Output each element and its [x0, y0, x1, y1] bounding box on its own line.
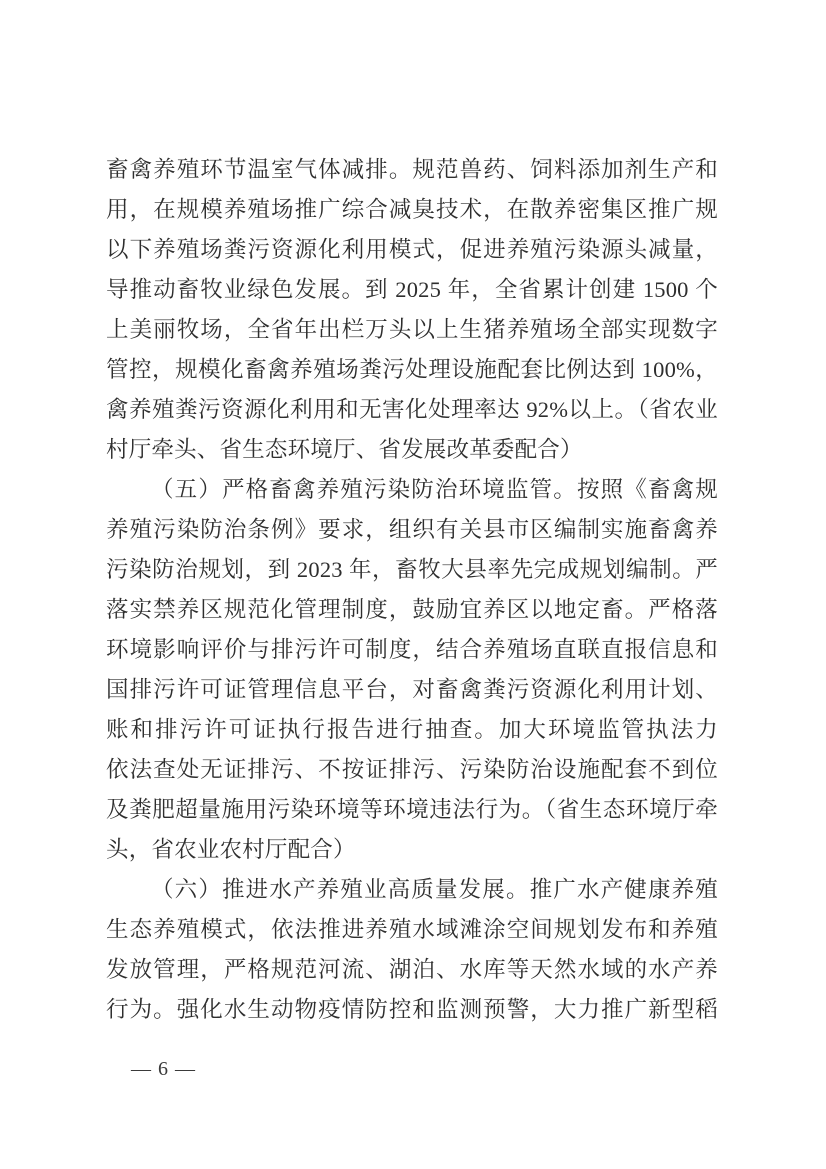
text-line: 污染防治规划，到 2023 年，畜牧大县率先完成规划编制。严格 [106, 550, 718, 590]
text-line: 导推动畜牧业绿色发展。到 2025 年，全省累计创建 1500 个以 [106, 270, 718, 310]
text-line: 养殖污染防治条例》要求，组织有关县市区编制实施畜禽养殖 [106, 510, 718, 550]
text-line: 落实禁养区规范化管理制度，鼓励宜养区以地定畜。严格落实 [106, 590, 718, 630]
text-line: 村厅牵头、省生态环境厅、省发展改革委配合） [106, 430, 718, 470]
text-line: 环境影响评价与排污许可制度，结合养殖场直联直报信息和全 [106, 630, 718, 670]
text-line: 管控，规模化畜禽养殖场粪污处理设施配套比例达到 100%，畜 [106, 350, 718, 390]
text-line: 发放管理，严格规范河流、湖泊、水库等天然水域的水产养殖 [106, 950, 718, 990]
document-body: 畜禽养殖环节温室气体减排。规范兽药、饲料添加剂生产和使用，在规模养殖场推广综合减… [106, 150, 718, 1030]
text-line: 上美丽牧场，全省年出栏万头以上生猪养殖场全部实现数字化 [106, 310, 718, 350]
page-number: — 6 — [131, 1058, 196, 1081]
paragraph: 畜禽养殖环节温室气体减排。规范兽药、饲料添加剂生产和使用，在规模养殖场推广综合减… [106, 150, 718, 470]
text-line: 及粪肥超量施用污染环境等环境违法行为。（省生态环境厅牵 [106, 790, 718, 830]
text-line: 国排污许可证管理信息平台，对畜禽粪污资源化利用计划、台 [106, 670, 718, 710]
text-line: 禽养殖粪污资源化利用和无害化处理率达 92%以上。（省农业农 [106, 390, 718, 430]
text-line: 行为。强化水生动物疫情防控和监测预警，大力推广新型稻渔 [106, 990, 718, 1030]
text-line: 用，在规模养殖场推广综合减臭技术，在散养密集区推广规模 [106, 190, 718, 230]
paragraph: （五）严格畜禽养殖污染防治环境监管。按照《畜禽规模养殖污染防治条例》要求，组织有… [106, 470, 718, 870]
paragraph: （六）推进水产养殖业高质量发展。推广水产健康养殖和生态养殖模式，依法推进养殖水域… [106, 870, 718, 1030]
text-line: （六）推进水产养殖业高质量发展。推广水产健康养殖和 [106, 870, 718, 910]
text-line: （五）严格畜禽养殖污染防治环境监管。按照《畜禽规模 [106, 470, 718, 510]
text-line: 以下养殖场粪污资源化利用模式，促进养殖污染源头减量，引 [106, 230, 718, 270]
text-line: 账和排污许可证执行报告进行抽查。加大环境监管执法力度， [106, 710, 718, 750]
text-line: 依法查处无证排污、不按证排污、污染防治设施配套不到位以 [106, 750, 718, 790]
text-line: 畜禽养殖环节温室气体减排。规范兽药、饲料添加剂生产和使 [106, 150, 718, 190]
text-line: 头，省农业农村厅配合） [106, 830, 718, 870]
document-page: 畜禽养殖环节温室气体减排。规范兽药、饲料添加剂生产和使用，在规模养殖场推广综合减… [0, 0, 826, 1169]
text-line: 生态养殖模式，依法推进养殖水域滩涂空间规划发布和养殖证 [106, 910, 718, 950]
